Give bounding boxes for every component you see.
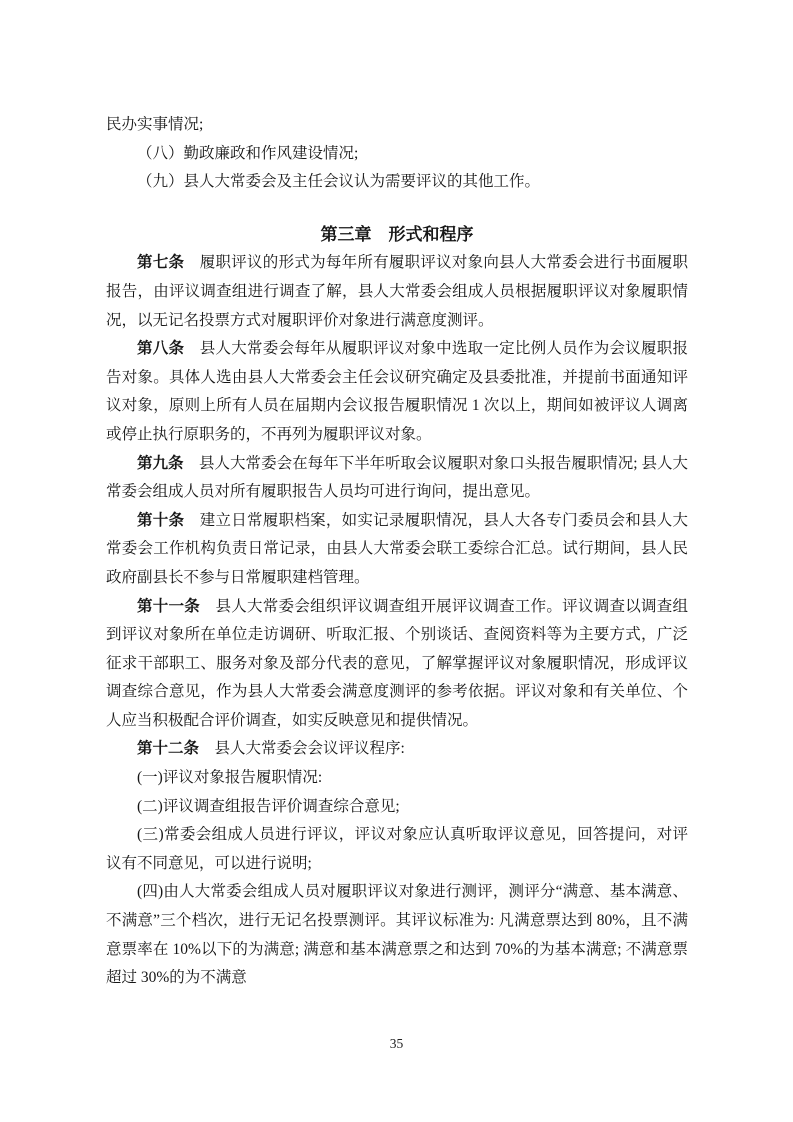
page-footer: 35 bbox=[0, 1036, 793, 1052]
paragraph: 第十条建立日常履职档案，如实记录履职情况，县人大各专门委员会和县人大常委会工作机… bbox=[106, 507, 688, 593]
article-number: 第九条 bbox=[137, 455, 184, 472]
paragraph-text: 县人大常委会在每年下半年听取会议履职对象口头报告履职情况; 县人大常委会组成人员… bbox=[106, 455, 688, 501]
document-page: 民办实事情况;（八）勤政廉政和作风建设情况;（九）县人大常委会及主任会议认为需要… bbox=[0, 0, 793, 1122]
article-number: 第十二条 bbox=[137, 740, 199, 757]
article-number: 第七条 bbox=[137, 254, 184, 271]
paragraph-text: 建立日常履职档案，如实记录履职情况，县人大各专门委员会和县人大常委会工作机构负责… bbox=[106, 512, 688, 586]
paragraph-text: 履职评议的形式为每年所有履职评议对象向县人大常委会进行书面履职报告，由评议调查组… bbox=[106, 254, 688, 328]
article-number: 第八条 bbox=[137, 340, 184, 357]
paragraph-text: （九）县人大常委会及主任会议认为需要评议的其他工作。 bbox=[137, 173, 540, 190]
paragraph: （九）县人大常委会及主任会议认为需要评议的其他工作。 bbox=[106, 168, 688, 197]
paragraph: 民办实事情况; bbox=[106, 111, 688, 140]
paragraph: (四)由人大常委会组成人员对履职评议对象进行测评，测评分“满意、基本满意、不满意… bbox=[106, 878, 688, 992]
paragraph: 第十二条县人大常委会会议评议程序: bbox=[106, 735, 688, 764]
paragraph-text: 县人大常委会每年从履职评议对象中选取一定比例人员作为会议履职报告对象。具体人选由… bbox=[106, 340, 688, 443]
paragraph: 第七条履职评议的形式为每年所有履职评议对象向县人大常委会进行书面履职报告，由评议… bbox=[106, 249, 688, 335]
paragraph-text: (二)评议调查组报告评价调查综合意见; bbox=[137, 798, 400, 815]
paragraph-text: 第三章 形式和程序 bbox=[321, 225, 474, 244]
paragraph-text: （八）勤政廉政和作风建设情况; bbox=[137, 145, 358, 162]
paragraph-text: 民办实事情况; bbox=[106, 116, 203, 133]
paragraph: (二)评议调查组报告评价调查综合意见; bbox=[106, 793, 688, 822]
paragraph: （八）勤政廉政和作风建设情况; bbox=[106, 140, 688, 169]
paragraph: 第九条县人大常委会在每年下半年听取会议履职对象口头报告履职情况; 县人大常委会组… bbox=[106, 450, 688, 507]
paragraph: (一)评议对象报告履职情况: bbox=[106, 764, 688, 793]
paragraph: 第八条县人大常委会每年从履职评议对象中选取一定比例人员作为会议履职报告对象。具体… bbox=[106, 335, 688, 449]
article-number: 第十条 bbox=[137, 512, 184, 529]
article-number: 第十一条 bbox=[137, 598, 200, 615]
paragraph-text: 县人大常委会会议评议程序: bbox=[215, 740, 405, 757]
paragraph-text: 县人大常委会组织评议调查组开展评议调查工作。评议调查以调查组到评议对象所在单位走… bbox=[106, 598, 688, 729]
page-number: 35 bbox=[390, 1036, 404, 1051]
chapter-heading: 第三章 形式和程序 bbox=[106, 221, 688, 250]
paragraph: 第十一条县人大常委会组织评议调查组开展评议调查工作。评议调查以调查组到评议对象所… bbox=[106, 593, 688, 736]
paragraph-text: (四)由人大常委会组成人员对履职评议对象进行测评，测评分“满意、基本满意、不满意… bbox=[106, 883, 688, 986]
paragraph-text: (三)常委会组成人员进行评议，评议对象应认真听取评议意见，回答提问，对评议有不同… bbox=[106, 826, 688, 872]
paragraph: (三)常委会组成人员进行评议，评议对象应认真听取评议意见，回答提问，对评议有不同… bbox=[106, 821, 688, 878]
document-body: 民办实事情况;（八）勤政廉政和作风建设情况;（九）县人大常委会及主任会议认为需要… bbox=[106, 111, 688, 993]
paragraph-text: (一)评议对象报告履职情况: bbox=[137, 769, 322, 786]
